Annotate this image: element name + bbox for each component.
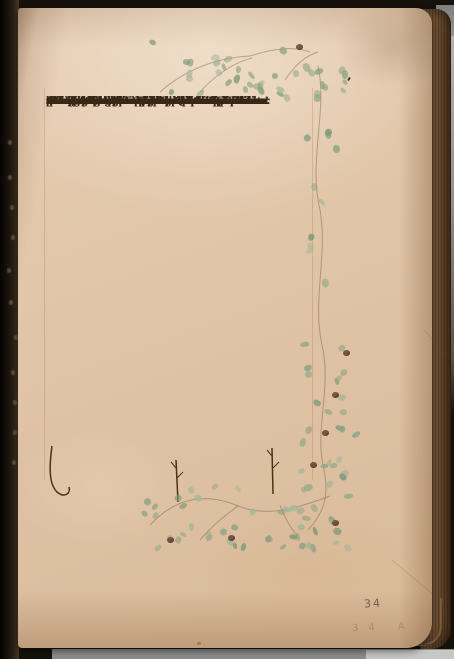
book-gutter-binding (0, 0, 19, 659)
gutter-text-fleck (11, 235, 15, 240)
gutter-text-fleck (9, 300, 13, 305)
gutter-text-fleck (10, 205, 14, 210)
gutter-text-fleck (12, 460, 16, 465)
corner-mark: 34 A (352, 621, 415, 634)
gutter-text-fleck (8, 140, 12, 145)
manuscript-line: Indulgeat in dñs oīa pcta mea ñc 7 ī fut… (46, 93, 249, 111)
folio-number: 34 (364, 596, 383, 610)
ruling-line-left (44, 88, 45, 480)
gutter-text-fleck (7, 268, 11, 273)
gutter-text-fleck (13, 400, 17, 405)
gutter-text-fleck (11, 370, 15, 375)
ruling-line-right (312, 88, 313, 480)
gutter-text-fleck (8, 175, 12, 180)
ink-speck (197, 642, 201, 645)
manuscript-photo: miserere mei deus glorie· Qui es uiuis e… (0, 0, 454, 659)
table-background-light (366, 650, 454, 659)
gutter-text-fleck (13, 430, 17, 435)
